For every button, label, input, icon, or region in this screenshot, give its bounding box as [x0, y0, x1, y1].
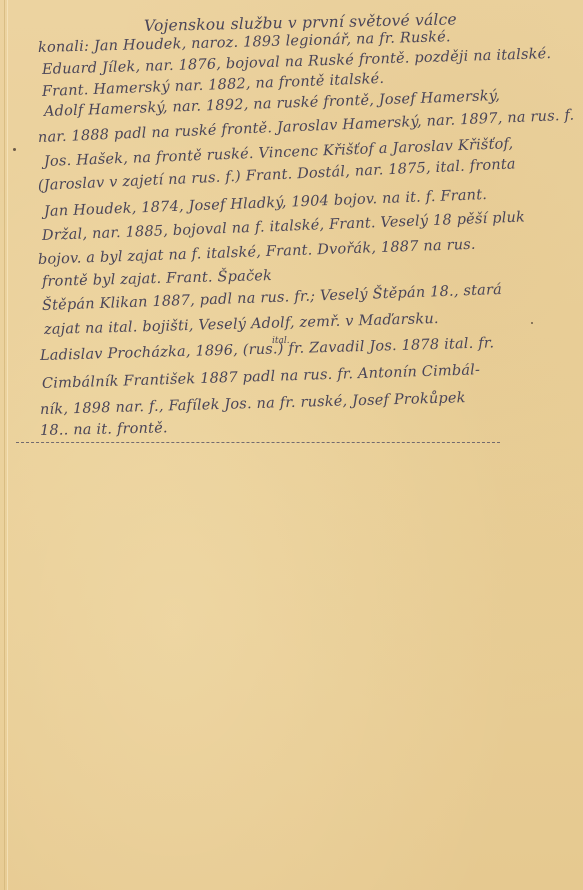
page-edge-line: [4, 0, 5, 890]
text-line-15: Cimbálník František 1887 padl na rus. fr…: [42, 362, 481, 392]
text-line-11: frontě byl zajat. Frant. Špaček: [42, 268, 272, 290]
ink-spot: [531, 322, 533, 324]
text-line-17: 18.. na it. frontě.: [40, 420, 168, 439]
text-line-14: Ladislav Procházka, 1896, (rus.) fr. Zav…: [40, 335, 495, 364]
page-edge-highlight: [7, 0, 8, 890]
closing-rule-line: [16, 442, 500, 443]
document-page: Vojenskou službu v první světové válce k…: [0, 0, 583, 890]
text-line-16: ník, 1898 nar. f., Fafílek Jos. na fr. r…: [40, 390, 466, 418]
ink-spot: [13, 148, 16, 151]
text-line-13: zajat na ital. bojišti, Veselý Adolf, ze…: [44, 311, 439, 338]
